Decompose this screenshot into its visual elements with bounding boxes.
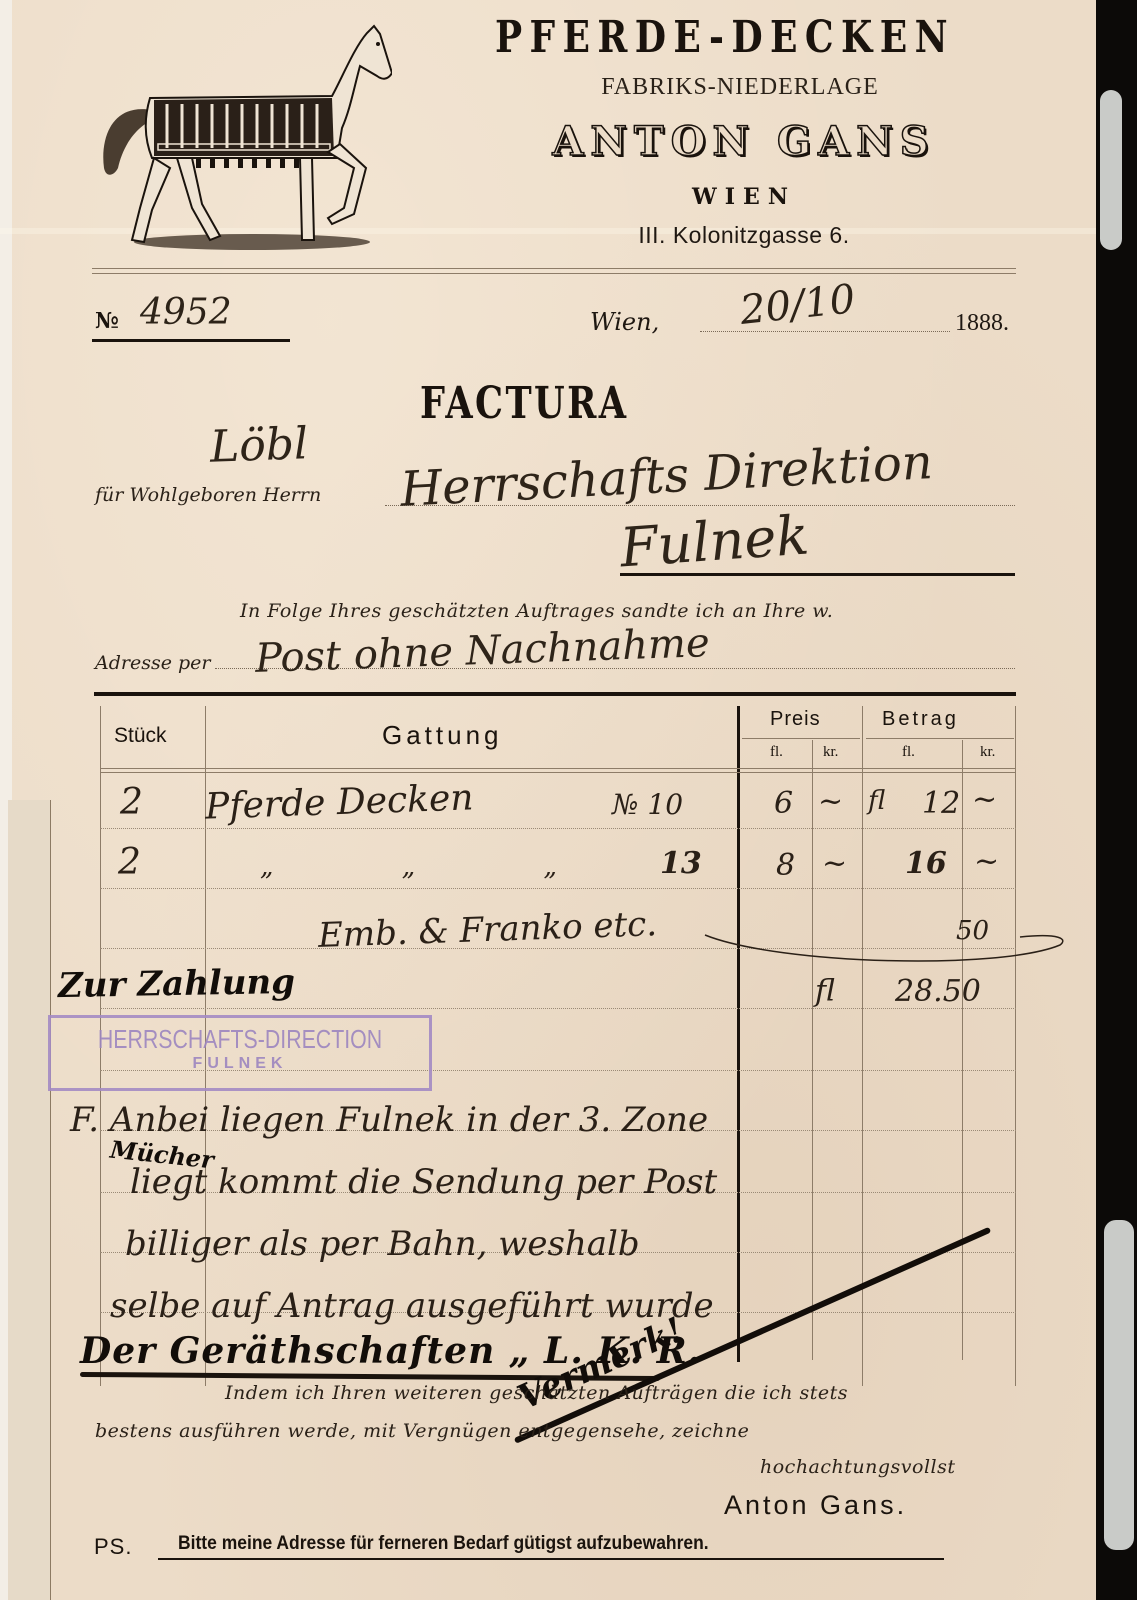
payment-note: Zur Zahlung bbox=[58, 962, 296, 1006]
table-row-1-amount-kr: ~ bbox=[972, 782, 997, 817]
closing-line-2: bestens ausführen werde, mit Vergnügen e… bbox=[95, 1420, 749, 1442]
header-divider bbox=[92, 268, 1016, 274]
table-main-divider bbox=[737, 706, 740, 1362]
ps-label: PS. bbox=[94, 1534, 132, 1560]
note-line-4: selbe auf Antrag ausgeführt wurde bbox=[110, 1286, 714, 1326]
amount-kr-header: kr. bbox=[980, 744, 995, 761]
amount-header-divider bbox=[866, 738, 1014, 739]
note-line-1: F. Anbei liegen Fulnek in der 3. Zone bbox=[70, 1100, 708, 1140]
closing-line-1: Indem ich Ihren weiteren geschätzten Auf… bbox=[225, 1382, 848, 1404]
signature: Anton Gans. bbox=[724, 1490, 907, 1521]
table-top-rule bbox=[94, 692, 1016, 696]
table-row-2-amount-kr: ~ bbox=[974, 844, 999, 879]
table-row-1-amount-prefix: fl bbox=[868, 786, 885, 816]
shipping-address-label: Adresse per bbox=[95, 652, 210, 674]
table-row-2-qty: 2 bbox=[118, 842, 141, 883]
row-divider bbox=[100, 888, 1016, 889]
ps-text: Bitte meine Adresse für ferneren Bedarf … bbox=[178, 1533, 709, 1555]
total-prefix: fl bbox=[815, 974, 835, 1009]
recipient-line-1: Löbl bbox=[209, 418, 309, 472]
invoice-number: 4952 bbox=[140, 292, 232, 333]
letterhead-subtitle: FABRIKS-NIEDERLAGE bbox=[440, 74, 1040, 101]
total-bracket-loop bbox=[700, 925, 1070, 975]
invoice-year: 1888. bbox=[955, 310, 1009, 337]
table-row-1-qty: 2 bbox=[120, 782, 143, 823]
document-type-heading: FACTURA bbox=[420, 378, 629, 429]
letterhead-city: WIEN bbox=[440, 184, 1048, 210]
row-divider bbox=[100, 1008, 1016, 1009]
row-divider bbox=[100, 828, 1016, 829]
date-dotted-line bbox=[700, 331, 950, 332]
table-col-line bbox=[962, 740, 963, 1360]
table-row-2-price-fl: 8 bbox=[776, 848, 795, 883]
table-row-1-ref: № 10 bbox=[612, 788, 683, 821]
note-line-3: billiger als per Bahn, weshalb bbox=[125, 1224, 640, 1264]
table-row-1-price-fl: 6 bbox=[774, 786, 793, 821]
table-row-1-amount-fl: 12 bbox=[922, 786, 960, 821]
table-row-2-description: „ „ „ bbox=[260, 852, 617, 882]
order-text: In Folge Ihres geschätzten Auftrages san… bbox=[240, 600, 833, 622]
stamp-line-1: HERRSCHAFTS-DIRECTION bbox=[85, 1018, 395, 1055]
invoice-number-underline bbox=[92, 339, 290, 342]
letterhead-address: III. Kolonitzgasse 6. bbox=[440, 222, 1048, 249]
column-header-amount: Betrag bbox=[882, 708, 959, 731]
recipient-label: für Wohlgeboren Herrn bbox=[95, 484, 321, 506]
table-row-2-amount-fl: 16 bbox=[905, 846, 947, 881]
amount-fl-header: fl. bbox=[902, 744, 915, 761]
price-fl-header: fl. bbox=[770, 744, 783, 761]
scan-background-sliver bbox=[1100, 90, 1122, 250]
table-row-1-price-kr: ~ bbox=[818, 784, 843, 819]
attached-paper-strip bbox=[8, 800, 51, 1600]
table-row-2-price-kr: ~ bbox=[822, 846, 847, 881]
invoice-number-label: № bbox=[95, 308, 119, 334]
direction-stamp: HERRSCHAFTS-DIRECTION FULNEK bbox=[48, 1015, 432, 1091]
column-header-qty: Stück bbox=[114, 724, 167, 748]
column-header-price: Preis bbox=[770, 708, 821, 731]
recipient-underline bbox=[620, 573, 1015, 576]
table-col-line bbox=[812, 740, 813, 1360]
invoice-place: Wien, bbox=[590, 308, 659, 336]
ps-underline bbox=[158, 1558, 944, 1560]
column-header-description: Gattung bbox=[382, 720, 503, 751]
letterhead-firm-name: ANTON GANS bbox=[440, 118, 1048, 165]
scan-background-sliver bbox=[1104, 1220, 1134, 1550]
recipient-town: Fulnek bbox=[618, 503, 811, 579]
letterhead-title: PFERDE-DECKEN bbox=[491, 12, 958, 63]
price-header-divider bbox=[742, 738, 860, 739]
horse-blanket-illustration bbox=[92, 18, 392, 253]
table-header-rule bbox=[100, 768, 1016, 773]
stamp-line-2: FULNEK bbox=[51, 1055, 429, 1073]
total-amount: 28.50 bbox=[895, 974, 981, 1009]
price-kr-header: kr. bbox=[823, 744, 838, 761]
closing-line-3: hochachtungsvollst bbox=[760, 1456, 956, 1478]
note-line-2: liegt kommt die Sendung per Post bbox=[130, 1162, 717, 1202]
table-row-2-ref: 13 bbox=[660, 846, 702, 881]
table-col-line bbox=[1015, 706, 1016, 1386]
